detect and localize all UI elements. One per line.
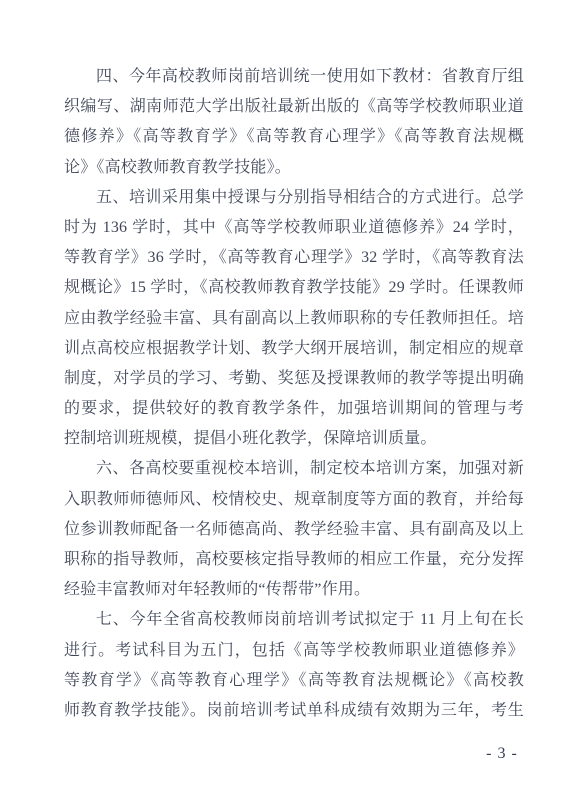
text-line: 职称的指导教师，高校要核定指导教师的相应工作量，充分发挥 <box>64 545 524 575</box>
text-line: 规概论》15 学时，《高校教师教育教学技能》29 学时。任课教师 <box>64 273 524 303</box>
text-line: 德修养》《高等教育学》《高等教育心理学》《高等教育法规概 <box>64 122 524 152</box>
document-page: 四、今年高校教师岗前培训统一使用如下教材：省教育厅组 织编写、湖南师范大学出版社… <box>0 0 587 796</box>
paragraph-item-7: 七、今年全省高校教师岗前培训考试拟定于 11 月上旬在长沙 进行。考试科目为五门… <box>64 605 524 726</box>
text-line: 训点高校应根据教学计划、教学大纲开展培训，制定相应的规章 <box>64 334 524 364</box>
text-line: 师教育教学技能》。岗前培训考试单科成绩有效期为三年，考生 <box>64 696 524 726</box>
text-line: 应由教学经验丰富、具有副高以上教师职称的专任教师担任。培 <box>64 304 524 334</box>
text-line: 四、今年高校教师岗前培训统一使用如下教材：省教育厅组 <box>64 62 524 92</box>
document-body: 四、今年高校教师岗前培训统一使用如下教材：省教育厅组 织编写、湖南师范大学出版社… <box>64 62 524 726</box>
text-line: 进行。考试科目为五门，包括《高等学校教师职业道德修养》《高 <box>64 636 524 666</box>
text-line: 入职教师师德师风、校情校史、规章制度等方面的教育，并给每 <box>64 485 524 515</box>
paragraph-item-5: 五、培训采用集中授课与分别指导相结合的方式进行。总学 时为 136 学时，其中《… <box>64 183 524 455</box>
text-line: 五、培训采用集中授课与分别指导相结合的方式进行。总学 <box>64 183 524 213</box>
text-line: 等教育学》36 学时，《高等教育心理学》32 学时，《高等教育法 <box>64 243 524 273</box>
text-line: 控制培训班规模，提倡小班化教学，保障培训质量。 <box>64 424 524 454</box>
text-line: 等教育学》《高等教育心理学》《高等教育法规概论》《高校教 <box>64 666 524 696</box>
text-line: 制度，对学员的学习、考勤、奖惩及授课教师的教学等提出明确 <box>64 364 524 394</box>
text-line: 论》《高校教师教育教学技能》。 <box>64 153 524 183</box>
text-line: 七、今年全省高校教师岗前培训考试拟定于 11 月上旬在长沙 <box>64 605 524 635</box>
paragraph-item-4: 四、今年高校教师岗前培训统一使用如下教材：省教育厅组 织编写、湖南师范大学出版社… <box>64 62 524 183</box>
text-line: 位参训教师配备一名师德高尚、教学经验丰富、具有副高及以上 <box>64 515 524 545</box>
text-line: 时为 136 学时，其中《高等学校教师职业道德修养》24 学时，《高 <box>64 213 524 243</box>
text-line: 经验丰富教师对年轻教师的“传帮带”作用。 <box>64 575 524 605</box>
text-line: 六、各高校要重视校本培训，制定校本培训方案，加强对新 <box>64 454 524 484</box>
text-line: 的要求，提供较好的教育教学条件，加强培训期间的管理与考核， <box>64 394 524 424</box>
paragraph-item-6: 六、各高校要重视校本培训，制定校本培训方案，加强对新 入职教师师德师风、校情校史… <box>64 454 524 605</box>
page-number: - 3 - <box>465 745 539 763</box>
text-line: 织编写、湖南师范大学出版社最新出版的《高等学校教师职业道 <box>64 92 524 122</box>
